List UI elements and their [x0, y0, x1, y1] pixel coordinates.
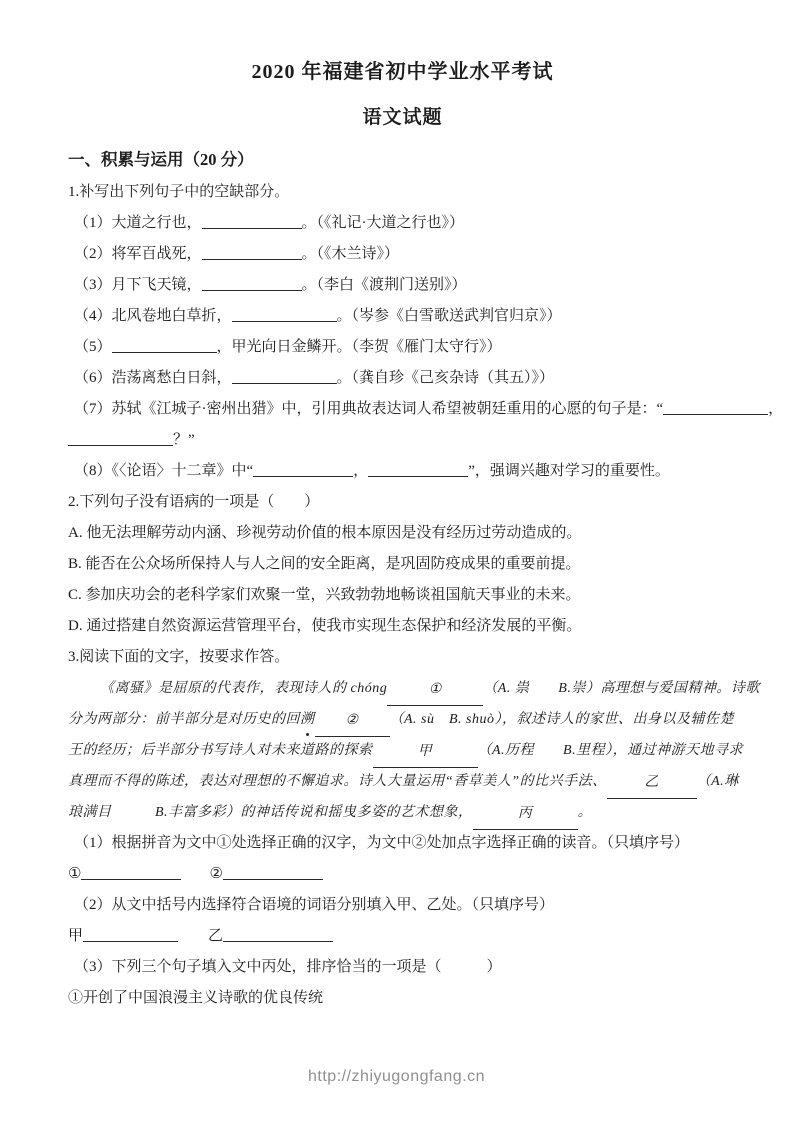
q2-option-d: D. 通过搭建自然资源运营管理平台，使我市实现生态保护和经济发展的平衡。	[68, 611, 737, 642]
q3-passage-line1: 《离骚》是屈原的代表作，表现诗人的 chóng①（A. 祟 B.崇）高理想与爱国…	[68, 673, 737, 704]
label-circled-1: ①	[68, 866, 81, 882]
q3-sub3-option1-text: ①开创了中国浪漫主义诗歌的优良传统	[68, 990, 323, 1006]
q3-sub1-answers: ①②	[68, 859, 737, 890]
q1-item-7-end: ？”	[173, 432, 195, 448]
q1-item-8-pre: （8）《〈论语〉十二章》中“	[74, 463, 253, 479]
q3-stem-text: 3.阅读下面的文字，按要求作答。	[68, 649, 289, 665]
answer-blank	[202, 216, 302, 229]
q2-option-c-text: C. 参加庆功会的老科学家们欢聚一堂，兴致勃勃地畅谈祖国航天事业的未来。	[68, 587, 581, 603]
answer-blank	[81, 867, 181, 880]
answer-blank	[253, 464, 353, 477]
blank-circled-1: ①	[387, 674, 483, 706]
exam-body: 1.补写出下列句子中的空缺部分。 （1）大道之行也，。（《礼记·大道之行也》） …	[68, 177, 737, 1014]
blank-jia: 甲	[373, 736, 478, 768]
passage-l3-pre: 王的经历；后半部分书写诗人对未来道路的探索	[68, 743, 373, 758]
q3-passage-line5: 琅满目 B.丰富多彩）的神话传说和摇曳多姿的艺术想象，丙。	[68, 797, 737, 828]
q1-item-6-pre: （6）浩荡离愁白日斜，	[74, 370, 232, 386]
q3-passage-line3: 王的经历；后半部分书写诗人对未来道路的探索甲（A.历程 B.里程），通过神游天地…	[68, 735, 737, 766]
q3-sub2-stem-text: （2）从文中括号内选择符合语境的词语分别填入甲、乙处。（只填序号）	[74, 897, 554, 913]
q3-sub1-stem-text: （1）根据拼音为文中①处选择正确的汉字，为文中②处加点字选择正确的读音。（只填序…	[74, 835, 689, 851]
q1-item-3-post: 。（李白《渡荆门送别》）	[302, 277, 467, 293]
exam-paper-page: 2020 年福建省初中学业水平考试 语文试题 一、积累与运用（20 分） 1.补…	[0, 0, 793, 1122]
q1-item-2-post: 。（《木兰诗》）	[302, 246, 400, 262]
answer-blank	[83, 929, 178, 942]
answer-blank	[223, 867, 323, 880]
passage-l5-pre: 琅满目 B.丰富多彩）的神话传说和摇曳多姿的艺术想象，	[68, 805, 473, 820]
q1-item-3-pre: （3）月下飞天镜，	[74, 277, 202, 293]
answer-blank	[112, 340, 217, 353]
section-heading: 一、积累与运用（20 分）	[68, 148, 737, 172]
q1-item-8-mid: ，	[353, 463, 368, 479]
passage-l2-post: （A. sù B. shuò），叙述诗人的家世、出身以及辅佐楚	[390, 712, 735, 727]
q1-stem: 1.补写出下列句子中的空缺部分。	[68, 177, 737, 208]
answer-blank	[232, 309, 337, 322]
q2-stem-text: 2.下列句子没有语病的一项是（ ）	[68, 494, 319, 510]
q2-stem: 2.下列句子没有语病的一项是（ ）	[68, 487, 737, 518]
q3-sub3-option1: ①开创了中国浪漫主义诗歌的优良传统	[68, 983, 737, 1014]
q1-item-1-pre: （1）大道之行也，	[74, 215, 202, 231]
q2-option-a-text: A. 他无法理解劳动内涵、珍视劳动价值的根本原因是没有经历过劳动造成的。	[68, 525, 581, 541]
blank-bing: 丙	[473, 798, 578, 830]
answer-blank	[232, 371, 337, 384]
answer-blank	[663, 402, 768, 415]
q1-item-7-pre: （7）苏轼《江城子·密州出猎》中，引用典故表达词人希望被朝廷重用的心愿的句子是：…	[74, 401, 663, 417]
answer-blank	[368, 464, 468, 477]
q3-passage-line4: 真理而不得的陈述，表达对理想的不懈追求。诗人大量运用“香草美人”的比兴手法、乙（…	[68, 766, 737, 797]
q1-item-2: （2）将军百战死，。（《木兰诗》）	[68, 239, 737, 270]
q3-sub3-stem-text: （3）下列三个句子填入文中丙处，排序恰当的一项是（ ）	[74, 959, 502, 975]
passage-l4-post: （A.琳	[697, 774, 739, 789]
q1-item-6-post: 。（龚自珍《己亥杂诗（其五）》）	[337, 370, 555, 386]
q1-stem-text: 1.补写出下列句子中的空缺部分。	[68, 184, 289, 200]
passage-l1-pre: 《离骚》是屈原的代表作，表现诗人的 chóng	[100, 681, 387, 696]
q2-option-c: C. 参加庆功会的老科学家们欢聚一堂，兴致勃勃地畅谈祖国航天事业的未来。	[68, 580, 737, 611]
passage-l3-post: （A.历程 B.里程），通过神游天地寻求	[478, 743, 744, 758]
q1-item-7-comma: ，	[768, 401, 783, 417]
blank-circled-2: ②	[315, 705, 390, 737]
q1-item-4-pre: （4）北风卷地白草折，	[74, 308, 232, 324]
answer-blank	[68, 433, 173, 446]
passage-l5-post: 。	[578, 805, 593, 820]
page-content: 2020 年福建省初中学业水平考试 语文试题 一、积累与运用（20 分） 1.补…	[0, 0, 793, 1014]
q1-item-4-post: 。（岑参《白雪歌送武判官归京》）	[337, 308, 562, 324]
q2-option-b: B. 能否在公众场所保持人与人之间的安全距离，是巩固防疫成果的重要前提。	[68, 549, 737, 580]
label-circled-2: ②	[209, 866, 222, 882]
q1-item-7-line1: （7）苏轼《江城子·密州出猎》中，引用典故表达词人希望被朝廷重用的心愿的句子是：…	[68, 394, 737, 425]
q2-option-b-text: B. 能否在公众场所保持人与人之间的安全距离，是巩固防疫成果的重要前提。	[68, 556, 581, 572]
q1-item-4: （4）北风卷地白草折，。（岑参《白雪歌送武判官归京》）	[68, 301, 737, 332]
q1-item-5: （5），甲光向日金鳞开。（李贺《雁门太守行》）	[68, 332, 737, 363]
doc-title: 2020 年福建省初中学业水平考试	[68, 58, 737, 86]
q1-item-8-post: ”，强调兴趣对学习的重要性。	[468, 463, 670, 479]
passage-l1-post: （A. 祟 B.崇）高理想与爱国精神。诗歌	[483, 681, 760, 696]
q2-option-a: A. 他无法理解劳动内涵、珍视劳动价值的根本原因是没有经历过劳动造成的。	[68, 518, 737, 549]
q3-sub3-stem: （3）下列三个句子填入文中丙处，排序恰当的一项是（ ）	[68, 952, 737, 983]
q1-item-2-pre: （2）将军百战死，	[74, 246, 202, 262]
watermark-url: http://zhiyugongfang.cn	[0, 1068, 793, 1086]
q1-item-6: （6）浩荡离愁白日斜，。（龚自珍《己亥杂诗（其五）》）	[68, 363, 737, 394]
q1-item-8: （8）《〈论语〉十二章》中“，”，强调兴趣对学习的重要性。	[68, 456, 737, 487]
q3-sub1-stem: （1）根据拼音为文中①处选择正确的汉字，为文中②处加点字选择正确的读音。（只填序…	[68, 828, 737, 859]
q1-item-5-post: ，甲光向日金鳞开。（李贺《雁门太守行》）	[217, 339, 502, 355]
q1-item-1-post: 。（《礼记·大道之行也》）	[302, 215, 465, 231]
label-jia: 甲	[68, 928, 83, 944]
q3-stem: 3.阅读下面的文字，按要求作答。	[68, 642, 737, 673]
q1-item-7-line2: ？”	[68, 425, 737, 456]
passage-l2-pre: 分为两部分：前半部分是对历史的回	[68, 712, 300, 727]
answer-blank	[223, 929, 333, 942]
doc-subtitle: 语文试题	[68, 104, 737, 132]
q3-sub2-stem: （2）从文中括号内选择符合语境的词语分别填入甲、乙处。（只填序号）	[68, 890, 737, 921]
q1-item-1: （1）大道之行也，。（《礼记·大道之行也》）	[68, 208, 737, 239]
label-yi: 乙	[208, 928, 223, 944]
answer-blank	[202, 247, 302, 260]
q3-passage-line2: 分为两部分：前半部分是对历史的回溯②（A. sù B. shuò），叙述诗人的家…	[68, 704, 737, 735]
q3-sub2-answers: 甲乙	[68, 921, 737, 952]
q1-item-5-pre: （5）	[74, 339, 112, 355]
q1-item-3: （3）月下飞天镜，。（李白《渡荆门送别》）	[68, 270, 737, 301]
blank-yi: 乙	[607, 767, 697, 799]
passage-l4-pre: 真理而不得的陈述，表达对理想的不懈追求。诗人大量运用“香草美人”的比兴手法、	[68, 774, 607, 789]
q2-option-d-text: D. 通过搭建自然资源运营管理平台，使我市实现生态保护和经济发展的平衡。	[68, 618, 581, 634]
answer-blank	[202, 278, 302, 291]
dotted-char: 溯	[300, 704, 315, 735]
